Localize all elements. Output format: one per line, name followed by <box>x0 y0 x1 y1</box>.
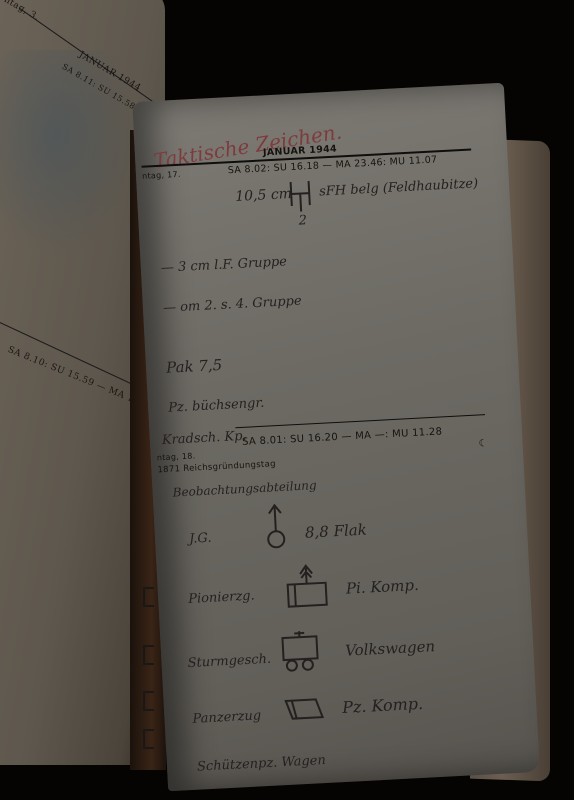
tank-symbol-icon <box>281 693 329 725</box>
note-10-5cm-annotation: sFH belg (Feldhaubitze) <box>319 176 479 199</box>
right-page: Taktische Zeichen. JANUAR 1944 ntag, 17.… <box>132 83 540 792</box>
note-beobachtung: Beobachtungsabteilung <box>172 478 317 500</box>
pioneer-symbol-icon <box>283 561 332 613</box>
gutter-marks <box>136 580 160 760</box>
diary-photo: ntag, 3. JANUAR 1944 SA 8.11: SU 15.58 S… <box>0 0 574 800</box>
note-pz-komp: Pz. Komp. <box>342 694 424 717</box>
note-sturmgesch: Sturmgesch. <box>187 652 271 671</box>
day-18-rule <box>235 414 485 428</box>
flak-symbol-icon <box>261 501 290 552</box>
note-panzerzug: Panzerzug <box>192 708 261 727</box>
note-kradsch: Kradsch. Kp. <box>162 429 247 448</box>
note-pi-komp: Pi. Komp. <box>345 576 419 598</box>
day-18-sun-moon: SA 8.01: SU 16.20 — MA —: MU 11.28 <box>242 426 443 447</box>
day-17-label: ntag, 17. <box>142 170 181 181</box>
vehicle-symbol-icon <box>278 628 326 676</box>
moon-phase-icon: ☾ <box>478 438 488 449</box>
note-3cm-gruppe: — 3 cm l.F. Gruppe <box>161 254 288 276</box>
day-17-sun-moon: SA 8.02: SU 16.18 — MA 23.46: MU 11.07 <box>228 154 438 176</box>
note-schuetzenpz: Schützenpz. Wagen <box>197 753 326 775</box>
note-pz-buechsen: Pz. büchsengr. <box>168 396 265 416</box>
note-volkswagen: Volkswagen <box>345 637 436 660</box>
note-gruppe: — om 2. s. 4. Gruppe <box>163 294 302 316</box>
note-88-flak: 8,8 Flak <box>304 521 367 542</box>
note-10-5cm-sub: 2 <box>298 213 307 228</box>
note-10-5cm: 10,5 cm <box>235 186 293 205</box>
day-18-label: ntag, 18. <box>157 451 196 462</box>
note-pionier: Pionierzg. <box>188 588 255 606</box>
note-pak: Pak 7,5 <box>166 356 223 377</box>
day-18-holiday: 1871 Reichsgründungstag <box>157 459 276 475</box>
note-jg: J.G. <box>189 531 212 547</box>
